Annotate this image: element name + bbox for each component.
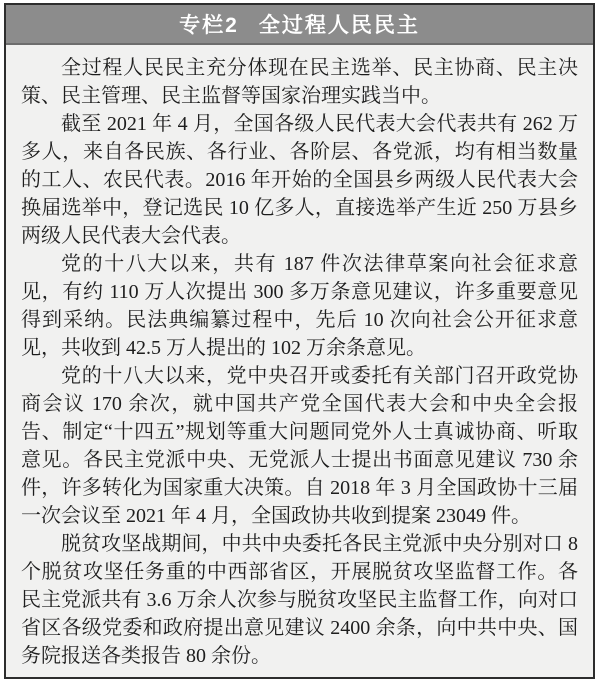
column-body: 全过程人民民主充分体现在民主选举、民主协商、民主决策、民主管理、民主监督等国家治… <box>6 45 593 677</box>
column-header-label: 专栏2 <box>179 9 239 39</box>
paragraph-law-drafts: 党的十八大以来，共有 187 件次法律草案向社会征求意见，有约 110 万人次提… <box>21 250 578 362</box>
paragraph-npc-deputies: 截至 2021 年 4 月，全国各级人民代表大会代表共有 262 万多人，来自各… <box>21 110 578 250</box>
paragraph-party-consultation: 党的十八大以来，党中央召开或委托有关部门召开政党协商会议 170 余次，就中国共… <box>21 362 578 530</box>
column-panel: 专栏2 全过程人民民主 全过程人民民主充分体现在民主选举、民主协商、民主决策、民… <box>4 3 595 679</box>
paragraph-democracy-practice: 全过程人民民主充分体现在民主选举、民主协商、民主决策、民主管理、民主监督等国家治… <box>21 54 578 110</box>
paragraph-poverty-alleviation: 脱贫攻坚战期间，中共中央委托各民主党派中央分别对口 8 个脱贫攻坚任务重的中西部… <box>21 530 578 670</box>
column-header: 专栏2 全过程人民民主 <box>6 5 593 45</box>
page: 专栏2 全过程人民民主 全过程人民民主充分体现在民主选举、民主协商、民主决策、民… <box>0 0 600 683</box>
column-header-title: 全过程人民民主 <box>259 9 420 39</box>
